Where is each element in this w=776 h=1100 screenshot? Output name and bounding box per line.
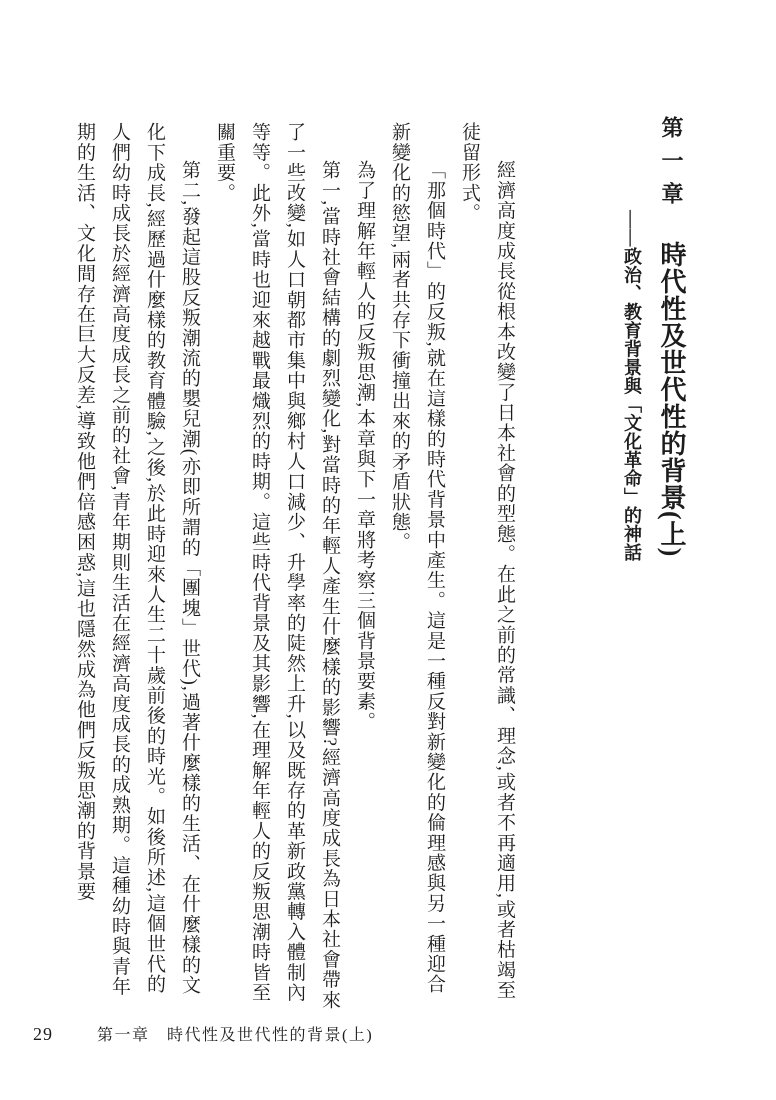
page-title: 時代性及世代性的背景(上): [657, 215, 686, 557]
body-text: 經濟高度成長從根本改變了日本社會的型態。在此之前的常識、理念,或者不再適用,或者…: [67, 122, 522, 1012]
footer-running-title: 第一章 時代性及世代性的背景(上): [97, 1022, 373, 1045]
book-page: 第一章時代性及世代性的背景(上) ——政治、教育背景與「文化革命」的神話 經濟高…: [0, 0, 776, 1100]
paragraph: 經濟高度成長從根本改變了日本社會的型態。在此之前的常識、理念,或者不再適用,或者…: [452, 122, 522, 1012]
paragraph: 第一,當時社會結構的劇烈變化,對當時的年輕人產生什麼樣的影響?經濟高度成長為日本…: [207, 122, 347, 1012]
page-footer: 29 第一章 時代性及世代性的背景(上): [33, 1022, 373, 1045]
page-subtitle: ——政治、教育背景與「文化革命」的神話: [614, 116, 650, 676]
paragraph: 為了理解年輕人的反叛思潮,本章與下一章將考察三個背景要素。: [347, 122, 382, 1012]
paragraph: 第二,發起這股反叛潮流的嬰兒潮(亦即所謂的「團塊」世代),過著什麼樣的生活、在什…: [67, 122, 207, 1012]
page-number: 29: [33, 1024, 53, 1045]
paragraph: 「那個時代」的反叛,就在這樣的時代背景中產生。這是一種反對新變化的倫理感與另一種…: [382, 122, 452, 1012]
chapter-title-block: 第一章時代性及世代性的背景(上) ——政治、教育背景與「文化革命」的神話: [614, 116, 692, 676]
chapter-label: 第一章: [659, 116, 684, 215]
chapter-title-line: 第一章時代性及世代性的背景(上): [650, 116, 692, 676]
